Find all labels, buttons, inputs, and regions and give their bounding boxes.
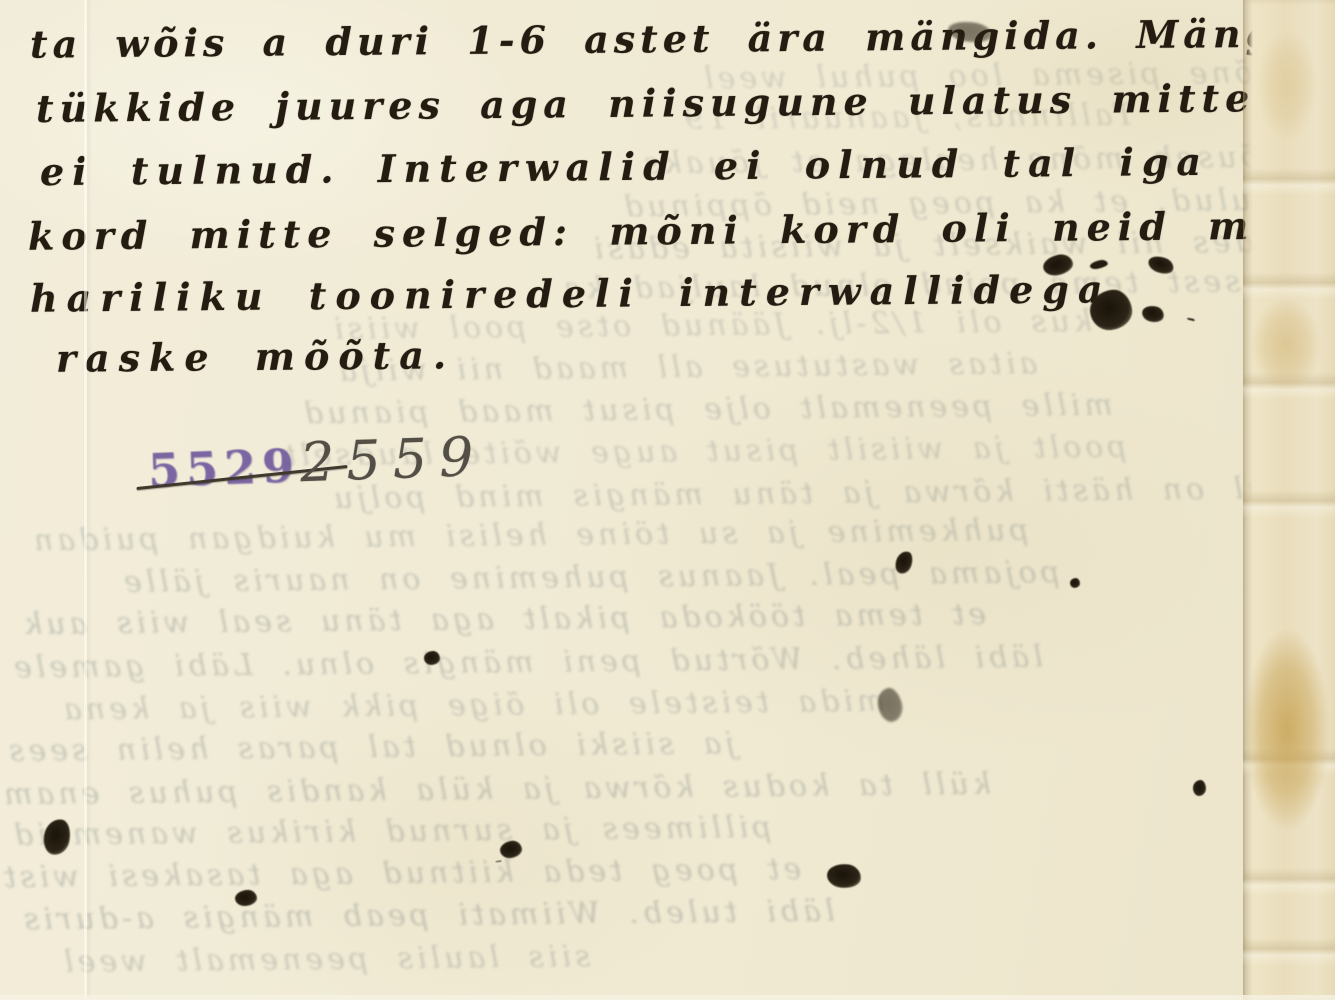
ink-blot <box>1146 253 1176 277</box>
bleedthrough-line: et poeg teda kiitnud aga tasakesi wist <box>0 852 801 895</box>
catalog-stamp-number: 5529 <box>147 438 301 497</box>
manuscript-page: ja mõne pisema loo puhul weel Tallinnas,… <box>0 0 1335 1000</box>
folded-edge-strip <box>1243 0 1335 1000</box>
fold-crease <box>1243 868 1335 896</box>
bleedthrough-line: puhkemine ja su töine helisi mu kuidgan … <box>30 513 1029 558</box>
paper-stain <box>1251 300 1321 390</box>
manuscript-line-5: hariliku tooniredeli interwallidega <box>30 266 1112 320</box>
ink-blot <box>234 889 257 906</box>
manuscript-line-1: ta wõis a duri 1-6 astet ära mängida. Mä… <box>30 10 1331 66</box>
ink-blot <box>893 549 915 576</box>
ink-blot <box>1070 578 1080 588</box>
manuscript-line-2: tükkide juures aga niisugune ulatus mitt… <box>36 74 1335 131</box>
fold-crease <box>1243 938 1335 966</box>
ink-blot <box>1193 780 1206 796</box>
bleedthrough-line: pillimees ja surnud kirikus wanemaid <box>10 810 772 853</box>
paper-stain <box>1257 30 1317 140</box>
fold-crease <box>1243 272 1335 300</box>
bleedthrough-line: mille peenemalt olje pisut maad pianud <box>300 388 1113 432</box>
manuscript-line-4: kord mitte selged: mõni kord oli neid me… <box>28 202 1335 258</box>
ink-blot <box>874 686 906 725</box>
bottom-scan-edge <box>0 995 1335 1000</box>
bleedthrough-line: ja siiski olnud tal paras helin sees <box>5 726 735 769</box>
bleedthrough-line: läbi läheb. Wõrtud peni mängis olnu. Läb… <box>10 640 1043 686</box>
vertical-paper-crease <box>84 0 87 1000</box>
fold-crease <box>1243 490 1335 518</box>
bleedthrough-line: mida teistele oli õige pikk wiis ja kena <box>60 684 886 728</box>
catalog-revised-number: 2559 <box>299 425 487 494</box>
bleedthrough-line: küll ta kodus kõrwa ja küla kandis puhus… <box>0 767 991 812</box>
ink-blot <box>1140 304 1165 325</box>
ink-blot <box>424 651 440 665</box>
manuscript-line-3: ei tulnud. Interwalid ei olnud tal iga <box>40 139 1209 194</box>
bleedthrough-line: siis laulis peenemalt weel <box>60 939 591 980</box>
paper-stain <box>1245 630 1329 830</box>
manuscript-line-6: raske mõõta. <box>56 332 455 380</box>
ink-blot <box>41 817 73 857</box>
bleedthrough-line: läbi tuleb. Wiimati peab mängis a-duris <box>20 894 835 938</box>
bleedthrough-line: pojama peal. Jaanus puhemine on nauris j… <box>120 555 1060 600</box>
ink-blot <box>826 862 862 889</box>
bleedthrough-line: et tema töökoda pikalt aga tänu seal wii… <box>20 597 986 642</box>
ink-blot <box>499 840 523 860</box>
fold-crease <box>1243 168 1335 196</box>
